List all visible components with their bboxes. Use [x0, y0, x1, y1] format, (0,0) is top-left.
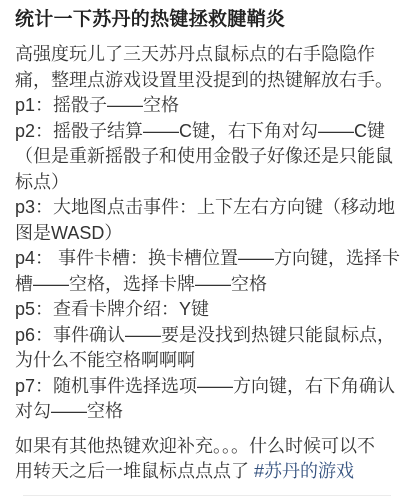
body-line: 标点） — [15, 170, 399, 196]
post-footer: 如果有其他热键欢迎补充。。。什么时候可以不 用转天之后一堆鼠标点点点了 #苏丹的… — [15, 434, 399, 485]
body-line: （但是重新摇骰子和使用金骰子好像还是只能鼠 — [15, 144, 399, 170]
footer-line: 用转天之后一堆鼠标点点点了 #苏丹的游戏 — [15, 459, 399, 485]
post-title: 统计一下苏丹的热键拯救腱鞘炎 — [15, 6, 399, 33]
post-body: 高强度玩儿了三天苏丹点鼠标点的右手隐隐作 痛，整理点游戏设置里没提到的热键解放右… — [15, 42, 399, 425]
post-container: 统计一下苏丹的热键拯救腱鞘炎 高强度玩儿了三天苏丹点鼠标点的右手隐隐作 痛，整理… — [0, 0, 414, 485]
body-line-p6: p6：事件确认——要是没找到热键只能鼠标点， — [15, 323, 399, 349]
body-line-p3: p3：大地图点击事件：上下左右方向键（移动地 — [15, 195, 399, 221]
body-line: 高强度玩儿了三天苏丹点鼠标点的右手隐隐作 — [15, 42, 399, 68]
post-page: { "post": { "title": "统计一下苏丹的热键拯救腱鞘炎", "… — [0, 0, 414, 500]
body-line: 对勾——空格 — [15, 399, 399, 425]
footer-text: 用转天之后一堆鼠标点点点了 — [15, 461, 254, 481]
hashtag-link-sudans-game[interactable]: #苏丹的游戏 — [254, 461, 354, 481]
body-line-p5: p5：查看卡牌介绍：Y键 — [15, 297, 399, 323]
body-line: 槽——空格，选择卡牌——空格 — [15, 272, 399, 298]
footer-line: 如果有其他热键欢迎补充。。。什么时候可以不 — [15, 434, 399, 460]
body-line-p2: p2：摇骰子结算——C键，右下角对勾——C键 — [15, 119, 399, 145]
body-line-p4: p4： 事件卡槽：换卡槽位置——方向键，选择卡 — [15, 246, 399, 272]
bottom-divider — [23, 495, 391, 496]
body-line-p1: p1：摇骰子——空格 — [15, 93, 399, 119]
body-line-p7: p7：随机事件选择选项——方向键，右下角确认 — [15, 374, 399, 400]
body-line: 图是WASD） — [15, 221, 399, 247]
body-line: 为什么不能空格啊啊啊 — [15, 348, 399, 374]
body-line: 痛，整理点游戏设置里没提到的热键解放右手。 — [15, 68, 399, 94]
